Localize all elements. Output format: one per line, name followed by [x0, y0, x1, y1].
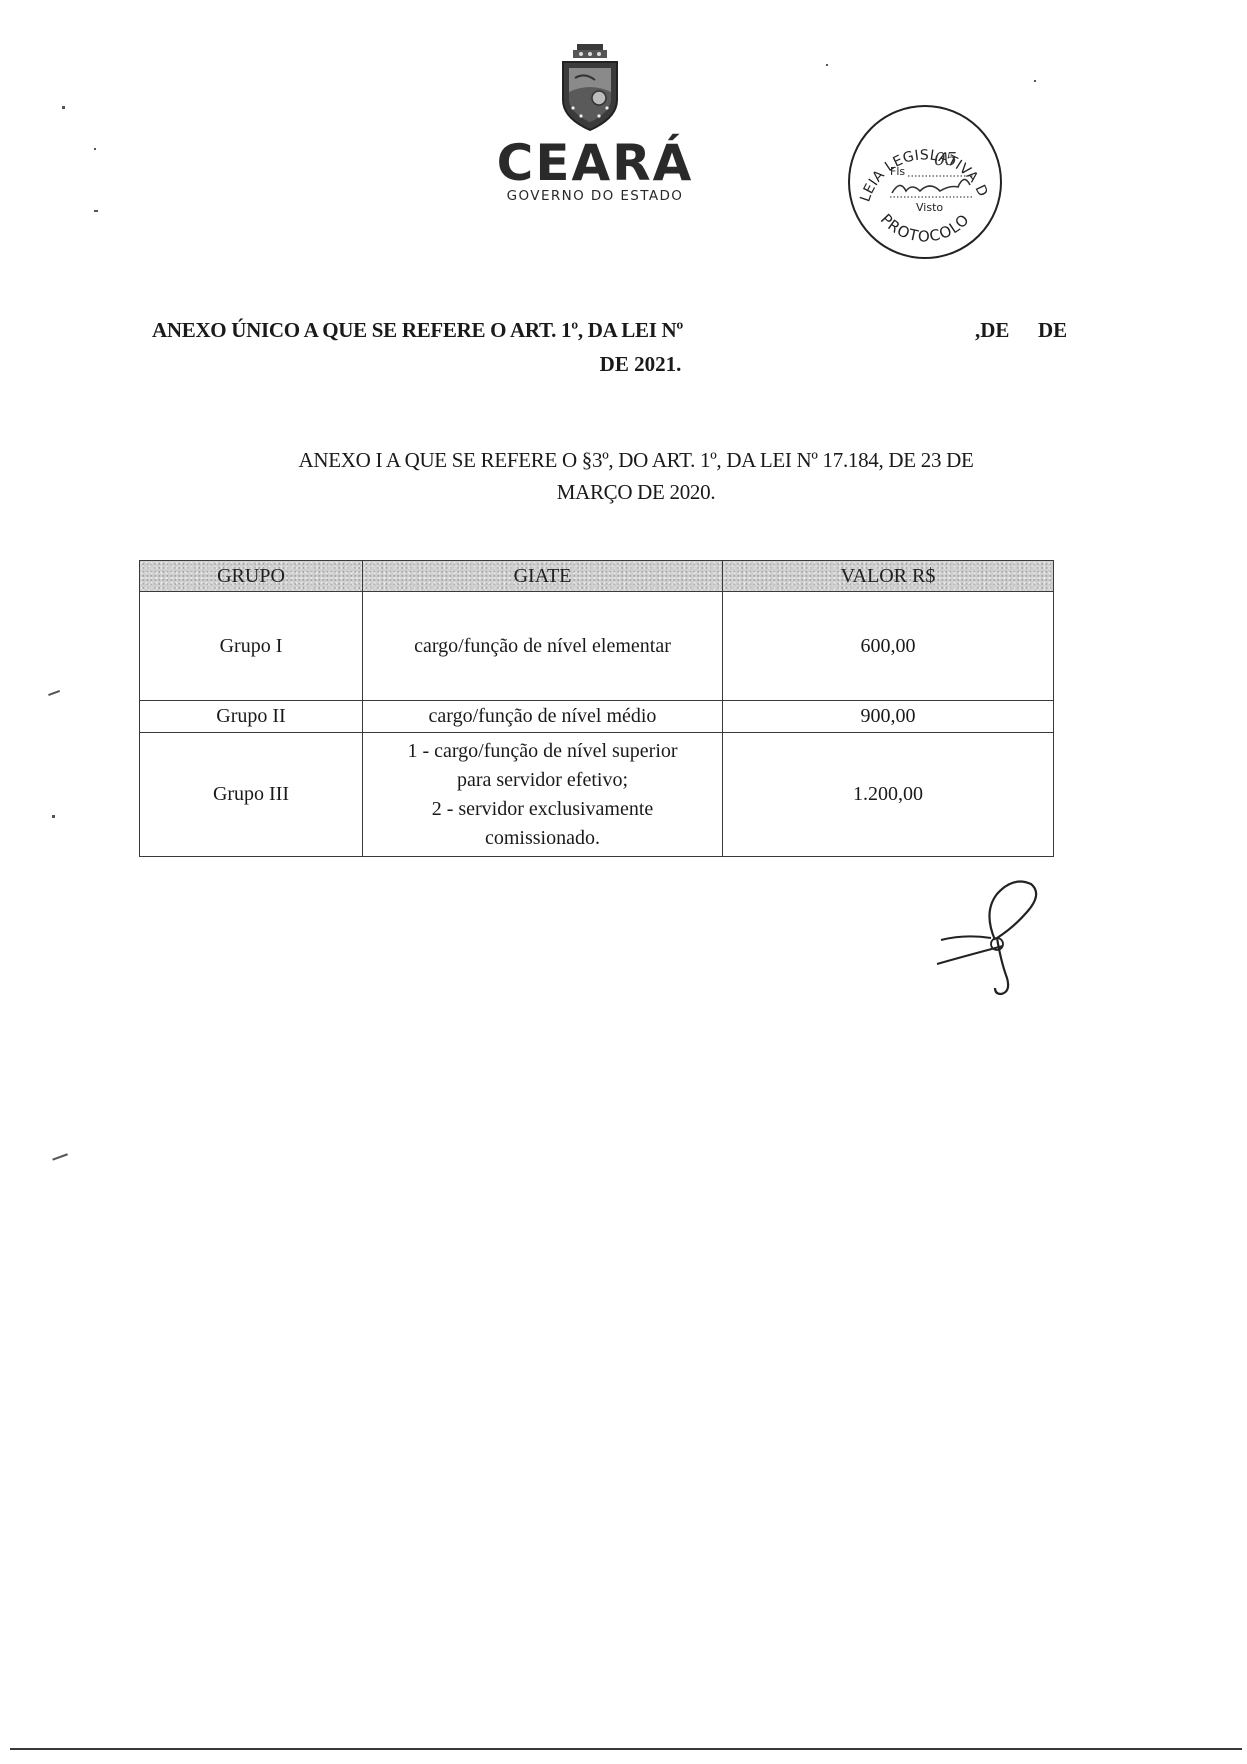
cell-valor: 900,00	[723, 701, 1054, 733]
header-grupo: GRUPO	[140, 561, 363, 592]
stamp-bottom-text: PROTOCOLO	[877, 210, 973, 245]
scan-speck	[52, 1153, 68, 1160]
annex-heading-date-day: ,DE	[975, 318, 1009, 343]
header-giate: GIATE	[363, 561, 723, 592]
handwritten-signature	[935, 872, 1045, 1002]
annex-heading-date-month: DE	[1038, 318, 1067, 343]
giate-text: cargo/função de nível médio	[369, 705, 716, 728]
giate-text: 2 - servidor exclusivamente	[369, 795, 716, 824]
table-header-row: GRUPO GIATE VALOR R$	[140, 561, 1054, 592]
giate-value-table: GRUPO GIATE VALOR R$ Grupo I cargo/funçã…	[139, 560, 1054, 857]
cell-valor: 600,00	[723, 592, 1054, 701]
giate-text: 1 - cargo/função de nível superior	[369, 737, 716, 766]
table-row: Grupo III 1 - cargo/função de nível supe…	[140, 733, 1054, 857]
scan-speck	[52, 815, 55, 818]
stamp-visto-label: Visto	[916, 201, 943, 214]
cell-grupo: Grupo II	[140, 701, 363, 733]
annex-subheading-line1: ANEXO I A QUE SE REFERE O §3º, DO ART. 1…	[25, 444, 1247, 476]
giate-text: para servidor efetivo;	[369, 766, 716, 795]
scan-speck	[94, 148, 96, 150]
cell-giate: 1 - cargo/função de nível superior para …	[363, 733, 723, 857]
table-row: Grupo I cargo/função de nível elementar …	[140, 592, 1054, 701]
giate-text: cargo/função de nível elementar	[369, 635, 716, 658]
annex-subheading: ANEXO I A QUE SE REFERE O §3º, DO ART. 1…	[0, 444, 1247, 508]
scan-bottom-edge-line	[10, 1748, 1242, 1750]
annex-heading-line1: ANEXO ÚNICO A QUE SE REFERE O ART. 1º, D…	[152, 318, 683, 343]
protocol-stamp: ASSEMBLEIA LEGISLATIVA DO CEARÁ PROTOCOL…	[846, 103, 1004, 261]
cell-valor: 1.200,00	[723, 733, 1054, 857]
svg-text:PROTOCOLO: PROTOCOLO	[877, 210, 973, 245]
state-name-wordmark: CEARÁ	[485, 138, 705, 188]
stamp-fls-number: 05	[934, 149, 957, 170]
stamp-fls-label: Fls	[890, 165, 905, 178]
scan-speck	[826, 64, 828, 66]
stamp-handwritten-signature	[892, 179, 970, 193]
cell-giate: cargo/função de nível médio	[363, 701, 723, 733]
scan-speck	[48, 690, 60, 696]
state-coat-of-arms-icon	[555, 42, 625, 132]
cell-grupo: Grupo III	[140, 733, 363, 857]
annex-heading-line2: DE 2021.	[0, 352, 1247, 377]
scan-speck	[62, 106, 65, 109]
scan-speck	[1034, 80, 1036, 82]
header-valor: VALOR R$	[723, 561, 1054, 592]
annex-subheading-line2: MARÇO DE 2020.	[25, 476, 1247, 508]
scan-speck	[94, 210, 98, 212]
cell-grupo: Grupo I	[140, 592, 363, 701]
government-subtitle: GOVERNO DO ESTADO	[485, 188, 705, 204]
cell-giate: cargo/função de nível elementar	[363, 592, 723, 701]
table-row: Grupo II cargo/função de nível médio 900…	[140, 701, 1054, 733]
giate-text: comissionado.	[369, 824, 716, 853]
